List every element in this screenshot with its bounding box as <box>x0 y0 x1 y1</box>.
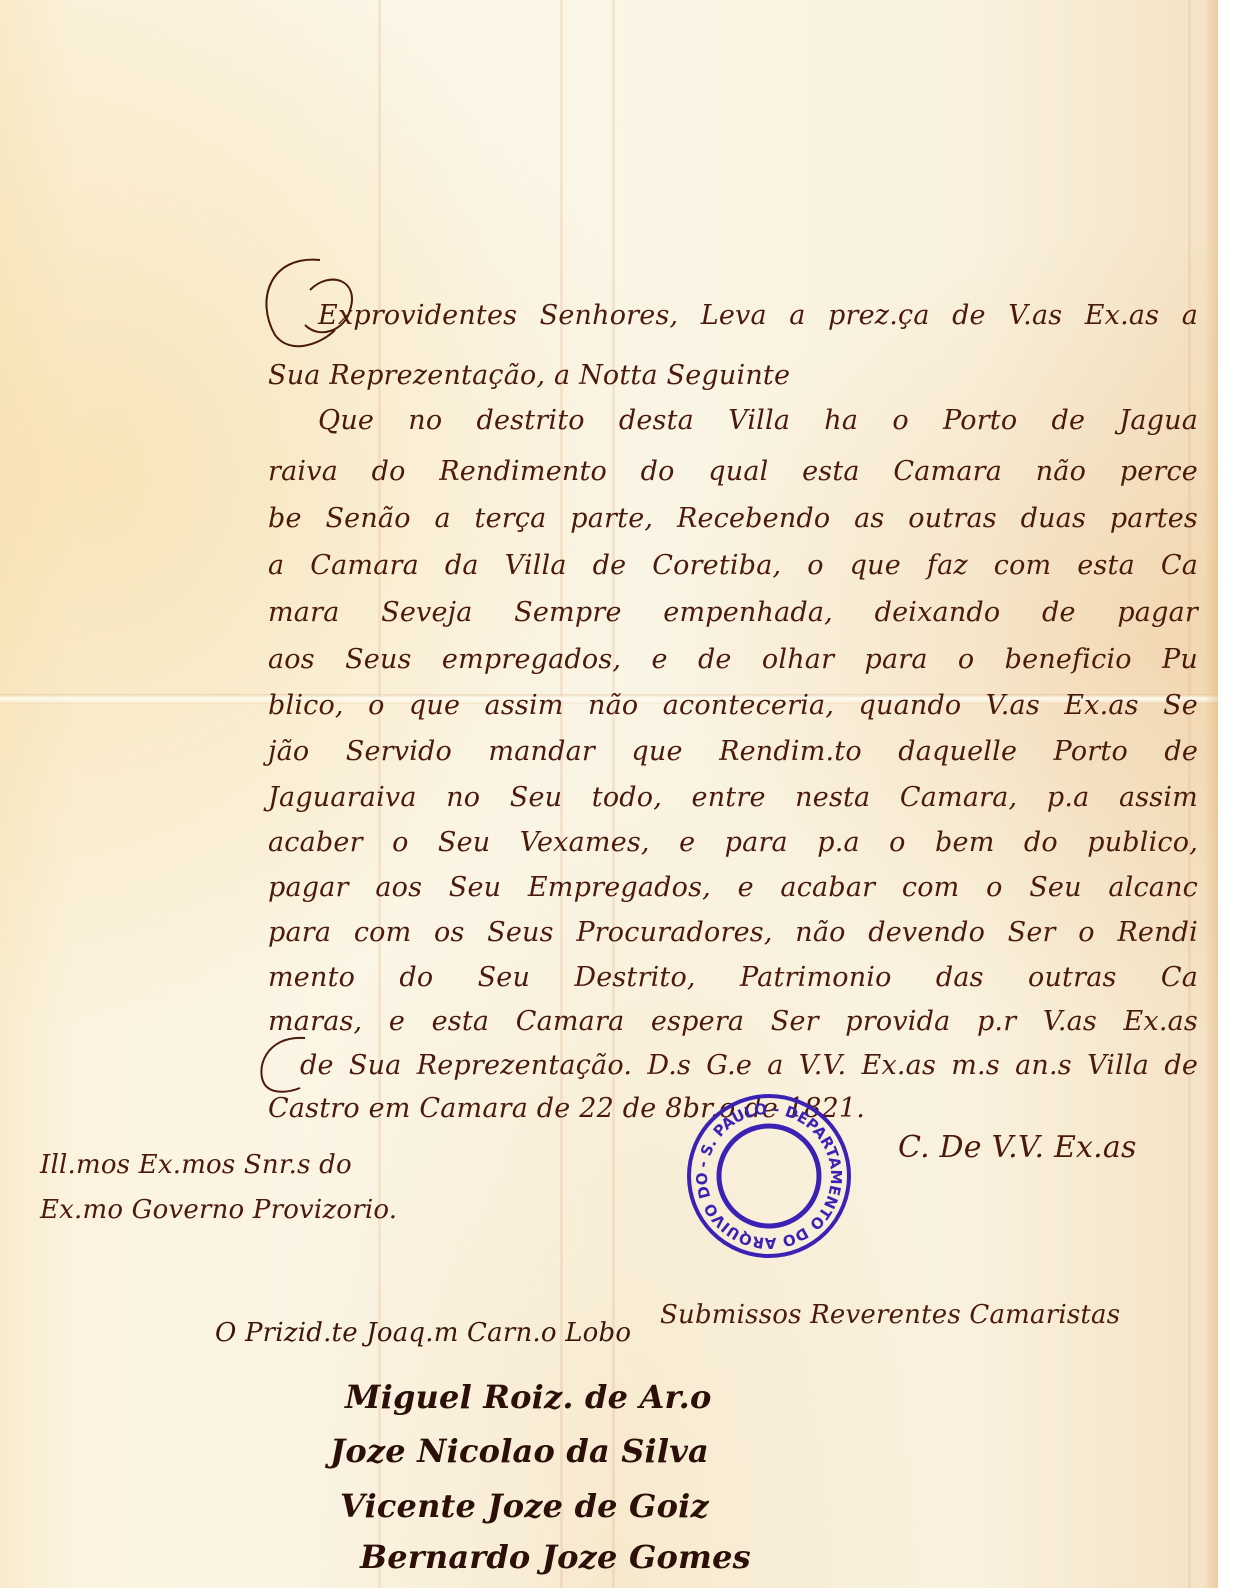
archive-stamp: - S. PAULO - DEPARTAMENTO DO ARQUIVO DO … <box>685 1092 853 1260</box>
paper-edge-stain <box>1204 0 1218 1588</box>
letter-line: Sua Reprezentação, a Notta Seguinte <box>268 360 988 391</box>
addressee-line: Ex.mo Governo Provizorio. <box>40 1195 397 1225</box>
manuscript-page: Exprovidentes Senhores, Leva a prez.ça d… <box>0 0 1218 1588</box>
letter-line: de Sua Reprezentação. D.s G.e a V.V. Ex.… <box>300 1050 1198 1081</box>
letter-line: be Senão a terça parte, Recebendo as out… <box>268 503 1198 534</box>
letter-line: blico, o que assim não aconteceria, quan… <box>268 690 1198 721</box>
signature: Vicente Joze de Goiz <box>340 1487 709 1525</box>
letter-line: maras, e esta Camara espera Ser provida … <box>268 1006 1198 1037</box>
closing-formula: C. De V.V. Ex.as <box>898 1130 1137 1165</box>
subscription-line: Submissos Reverentes Camaristas <box>660 1300 1120 1330</box>
letter-date-line: Castro em Camara de 22 de 8br.o de 1821. <box>268 1093 1008 1124</box>
letter-line: acaber o Seu Vexames, e para p.a o bem d… <box>268 827 1198 858</box>
letter-line: Jaguaraiva no Seu todo, entre nesta Cama… <box>268 782 1198 813</box>
letter-line: raiva do Rendimento do qual esta Camara … <box>268 456 1198 487</box>
signature-president: O Prizid.te Joaq.m Carn.o Lobo <box>215 1318 631 1348</box>
addressee-line: Ill.mos Ex.mos Snr.s do <box>40 1150 352 1180</box>
archive-stamp-seal-icon: - S. PAULO - DEPARTAMENTO DO ARQUIVO DO … <box>685 1092 853 1260</box>
letter-line: Exprovidentes Senhores, Leva a prez.ça d… <box>318 300 1198 331</box>
letter-line: mento do Seu Destrito, Patrimonio das ou… <box>268 962 1198 993</box>
letter-line: Que no destrito desta Villa ha o Porto d… <box>318 405 1198 436</box>
letter-line: para com os Seus Procuradores, não deven… <box>268 917 1198 948</box>
letter-line: a Camara da Villa de Coretiba, o que faz… <box>268 550 1198 581</box>
letter-line: pagar aos Seu Empregados, e acabar com o… <box>268 872 1198 903</box>
signature: Joze Nicolao da Silva <box>330 1432 709 1470</box>
letter-line: mara Seveja Sempre empenhada, deixando d… <box>268 597 1198 628</box>
letter-line: jão Servido mandar que Rendim.to daquell… <box>268 736 1198 767</box>
signature: Miguel Roiz. de Ar.o <box>345 1378 712 1416</box>
letter-line: aos Seus empregados, e de olhar para o b… <box>268 644 1198 675</box>
signature: Bernardo Joze Gomes <box>360 1538 751 1576</box>
